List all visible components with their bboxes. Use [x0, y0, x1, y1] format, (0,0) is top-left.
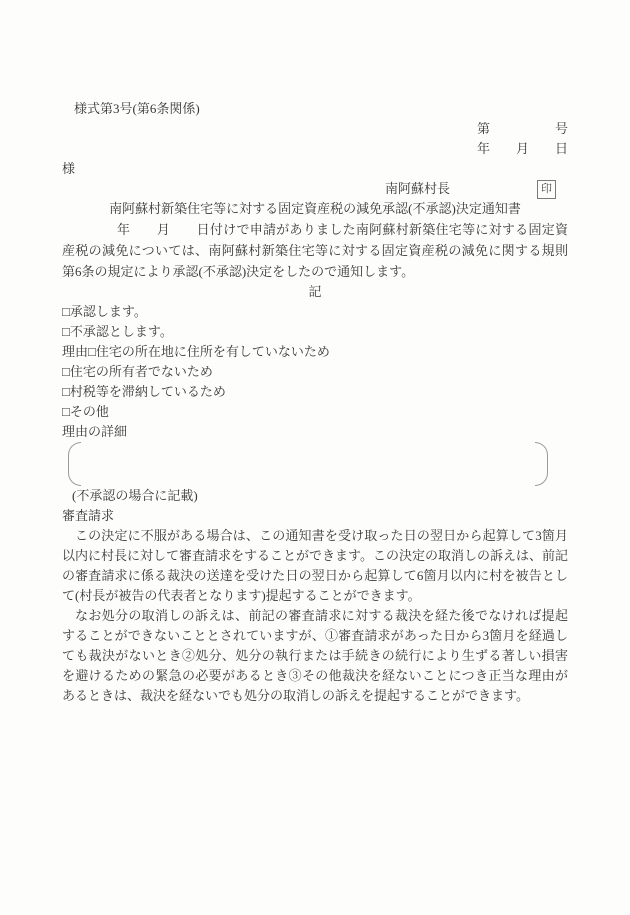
- intro-paragraph: 年 月 日付けで申請がありました南阿蘇村新築住宅等に対する固定資産税の減免につい…: [62, 219, 568, 282]
- doc-number-blank: 第 号: [477, 121, 568, 136]
- notice-form-page: 様式第3号(第6条関係) 第 号 年 月 日 様 南阿蘇村長 印 南阿蘇村新築住…: [0, 0, 630, 915]
- form-number-label: 様式第3号(第6条関係): [62, 99, 568, 119]
- reason-label: 理由: [62, 344, 88, 359]
- official-seal-icon: 印: [537, 180, 556, 199]
- decision-options: □承認します。 □不承認とします。 理由□住宅の所在地に住所を有していないため …: [62, 302, 568, 422]
- reason-not-owner-label: 住宅の所有者でないため: [70, 364, 213, 379]
- recipient-honorific: 様: [62, 161, 75, 176]
- record-heading: 記: [62, 282, 568, 302]
- reason-row-not-owner: □住宅の所有者でないため: [62, 362, 568, 382]
- reason-row-other: □その他: [62, 402, 568, 422]
- checkbox-approve[interactable]: □: [62, 304, 70, 319]
- reason-row-tax-delinquent: □村税等を滞納しているため: [62, 382, 568, 402]
- reason-other-label: その他: [70, 404, 109, 419]
- checkbox-reason-no-address[interactable]: □: [88, 344, 96, 359]
- date-blank: 年 月 日: [477, 141, 568, 156]
- recipient-line: 様: [62, 159, 568, 179]
- appeal-heading: 審査請求: [62, 506, 568, 526]
- reason-no-address-label: 住宅の所在地に住所を有していないため: [96, 344, 330, 359]
- disapprove-label: 不承認とします。: [70, 324, 173, 339]
- checkbox-reason-tax-delinquent[interactable]: □: [62, 384, 70, 399]
- checkbox-disapprove[interactable]: □: [62, 324, 70, 339]
- detail-note: (不承認の場合に記載): [62, 486, 568, 506]
- doc-number-line: 第 号: [62, 119, 568, 139]
- sender-line: 南阿蘇村長 印: [62, 179, 568, 199]
- option-disapprove-row: □不承認とします。: [62, 322, 568, 342]
- right-bracket-icon: [535, 442, 548, 486]
- reason-tax-delinquent-label: 村税等を滞納しているため: [70, 384, 226, 399]
- left-bracket-icon: [68, 442, 81, 486]
- date-line: 年 月 日: [62, 139, 568, 159]
- document-title: 南阿蘇村新築住宅等に対する固定資産税の減免承認(不承認)決定通知書: [62, 199, 568, 219]
- reason-detail-label: 理由の詳細: [62, 422, 568, 442]
- appeal-paragraph-2: なお処分の取消しの訴えは、前記の審査請求に対する裁決を経た後でなければ提起するこ…: [62, 606, 568, 706]
- option-approve-row: □承認します。: [62, 302, 568, 322]
- approve-label: 承認します。: [70, 304, 147, 319]
- appeal-paragraph-1: この決定に不服がある場合は、この通知書を受け取った日の翌日から起算して3箇月以内…: [62, 526, 568, 606]
- reason-row-no-address: 理由□住宅の所在地に住所を有していないため: [62, 342, 568, 362]
- checkbox-reason-not-owner[interactable]: □: [62, 364, 70, 379]
- reason-detail-field[interactable]: [62, 442, 568, 486]
- checkbox-reason-other[interactable]: □: [62, 404, 70, 419]
- sender-title: 南阿蘇村長: [385, 179, 450, 199]
